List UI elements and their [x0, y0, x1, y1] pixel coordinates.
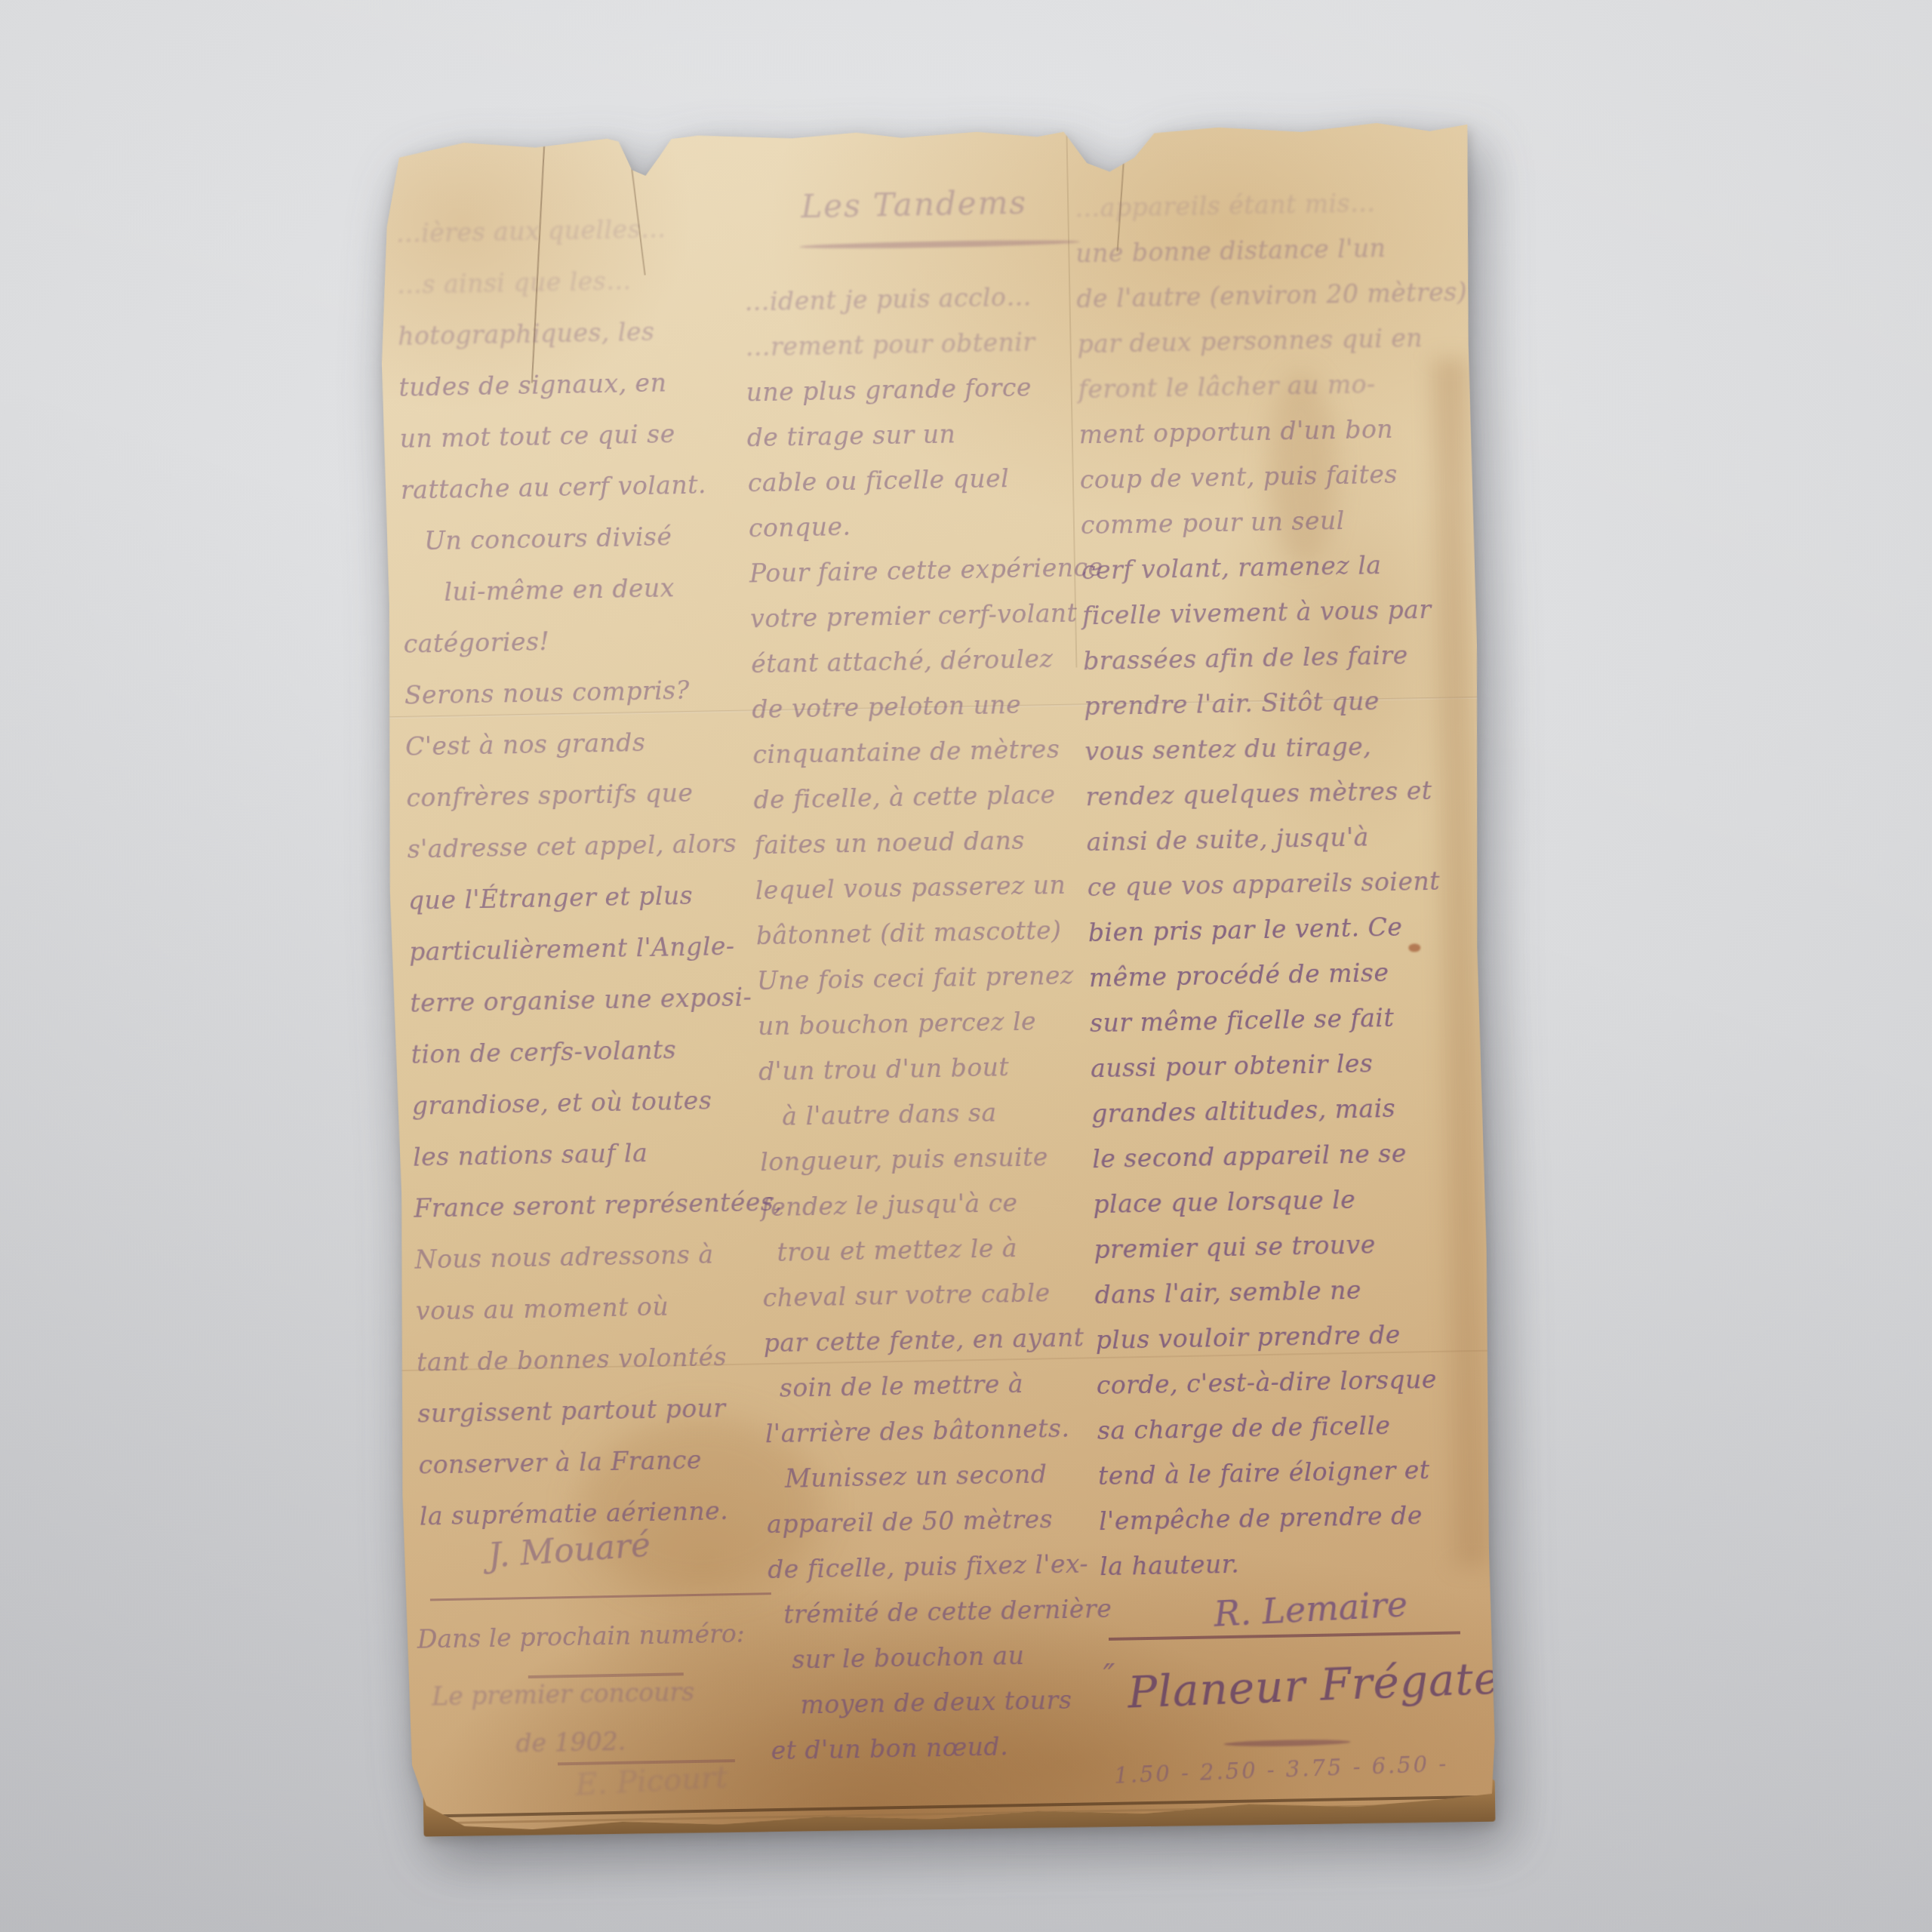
text-line: particulièrement l'Angle- [409, 921, 751, 978]
text-line: lui-même en deux [402, 561, 744, 619]
text-line: Munissez un second [766, 1451, 1108, 1502]
text-line: Une fois ceci fait prenez [756, 952, 1098, 1004]
divider-left [430, 1592, 771, 1601]
text-line: Le premier concours [432, 1668, 695, 1721]
text-line: une plus grande force [746, 364, 1088, 415]
text-line: premier qui se trouve [1094, 1220, 1484, 1272]
title-underline [799, 238, 1080, 250]
text-line: plus vouloir prendre de [1095, 1311, 1485, 1363]
text-line: faites un noeud dans [754, 817, 1096, 868]
text-line: surgissent partout pour [417, 1382, 759, 1439]
text-line: ficelle vivement à vous par [1082, 586, 1472, 638]
text-line: comme pour un seul [1080, 496, 1470, 548]
text-line: rendez quelques mètres et [1085, 768, 1475, 820]
product-quote-mark: ″ [1103, 1657, 1115, 1694]
divider-right [1109, 1631, 1460, 1641]
text-line: ment opportun d'un bon [1078, 405, 1469, 457]
text-line: Serons nous compris? [404, 664, 746, 721]
text-line: les nations sauf la [413, 1125, 755, 1183]
text-line: cheval sur votre cable [762, 1269, 1104, 1321]
letter-photo: Les Tandems …ières aux quelles……s ainsi … [373, 117, 1498, 1844]
text-line: l'empêche de prendre de [1099, 1492, 1489, 1544]
letter-title: Les Tandems [744, 183, 1084, 226]
text-line: corde, c'est-à-dire lorsque [1096, 1356, 1486, 1408]
letter-page: Les Tandems …ières aux quelles……s ainsi … [373, 117, 1498, 1844]
text-line: le second appareil ne se [1092, 1130, 1482, 1182]
column-left: …ières aux quelles……s ainsi que les…hoto… [395, 202, 761, 1543]
text-line: cable ou ficelle quel [747, 454, 1089, 506]
text-line: trémité de cette dernière [768, 1586, 1110, 1638]
text-line: …s ainsi que les… [396, 254, 738, 311]
text-line: conserver à la France [418, 1433, 760, 1491]
text-line: que l'Étranger et plus [408, 869, 749, 927]
text-line: terre organise une exposi- [410, 971, 752, 1029]
next-issue-heading: Dans le prochain numéro: [417, 1619, 746, 1654]
column-middle: …ident je puis acclo……rement pour obteni… [744, 273, 1112, 1774]
text-line: même procédé de mise [1088, 949, 1478, 1001]
text-line: de l'autre (environ 20 mètres) [1076, 269, 1466, 321]
text-line: ainsi de suite, jusqu'à [1086, 813, 1476, 865]
text-line: la hauteur. [1100, 1537, 1490, 1589]
text-line: tend à le faire éloigner et [1098, 1447, 1488, 1499]
product-prices: 1.50 - 2.50 - 3.75 - 6.50 - [1114, 1751, 1449, 1789]
text-line: à l'autre dans sa [759, 1088, 1101, 1140]
text-line: conque. [748, 500, 1090, 551]
text-line: confrères sportifs que [406, 767, 748, 824]
text-line: fendez le jusqu'à ce [761, 1179, 1103, 1230]
text-line: une bonne distance l'un [1075, 224, 1466, 276]
text-line: C'est à nos grands [405, 715, 747, 773]
text-line: appareil de 50 mètres [767, 1496, 1109, 1547]
text-line: un mot tout ce qui se [399, 408, 741, 465]
text-line: bâtonnet (dit mascotte) [755, 907, 1097, 958]
text-line: …ières aux quelles… [395, 202, 737, 260]
text-line: moyen de deux tours [770, 1677, 1112, 1728]
text-line: un bouchon percez le [758, 998, 1100, 1049]
text-line: étant attaché, déroulez [751, 635, 1093, 687]
text-line: Pour faire cette expérience [749, 545, 1091, 596]
column-right: …appareils étant mis…une bonne distance … [1075, 179, 1490, 1589]
text-line: France seront représentées, [414, 1177, 755, 1234]
text-line: prendre l'air. Sitôt que [1084, 677, 1474, 729]
text-line: brassées afin de les faire [1083, 632, 1473, 684]
text-line: Un concours divisé [401, 510, 743, 568]
text-line: soin de le mettre à [764, 1360, 1106, 1411]
text-line: d'un trou d'un bout [758, 1043, 1100, 1094]
text-line: coup de vent, puis faites [1079, 451, 1469, 503]
text-line: tion de cerfs-volants [411, 1023, 752, 1080]
next-issue-lines: Le premier concoursde 1902. [432, 1668, 696, 1769]
signature-right: R. Lemaire [1213, 1583, 1408, 1635]
text-line: de ficelle, puis fixez l'ex- [768, 1541, 1109, 1592]
text-line: aussi pour obtenir les [1091, 1039, 1481, 1091]
text-line: sur même ficelle se fait [1090, 994, 1480, 1046]
text-line: bien pris par le vent. Ce [1088, 903, 1478, 955]
text-line: feront le lâcher au mo- [1078, 360, 1468, 412]
text-line: ce que vos appareils soient [1087, 858, 1477, 910]
text-line: tant de bonnes volontés [417, 1331, 758, 1388]
faded-signature-note: E. Picourt [574, 1760, 728, 1803]
text-line: catégories! [403, 613, 745, 670]
text-line: lequel vous passerez un [755, 862, 1097, 913]
text-line: par cette fente, en ayant [763, 1315, 1105, 1366]
text-line: l'arrière des bâtonnets. [764, 1405, 1106, 1457]
text-line: sa charge de de ficelle [1097, 1401, 1487, 1454]
text-line: …ident je puis acclo… [744, 273, 1086, 325]
text-line: par deux personnes qui en [1077, 315, 1467, 367]
text-line: de tirage sur un [746, 409, 1088, 460]
photo-canvas: { "photo": { "title": "Les Tandems", "le… [0, 0, 1932, 1932]
product-name: Planeur Frégate [1127, 1652, 1501, 1718]
text-line: cinquantaine de mètres [752, 726, 1094, 777]
text-line: votre premier cerf-volant [750, 590, 1092, 641]
text-line: longueur, puis ensuite [760, 1134, 1102, 1185]
text-line: rattache au cerf volant. [400, 459, 742, 516]
text-line: grandiose, et où toutes [411, 1074, 753, 1131]
text-line: tudes de signaux, en [398, 356, 740, 414]
product-underline [1224, 1739, 1351, 1747]
text-line: hotographiques, les [398, 305, 740, 362]
text-line: cerf volant, ramenez la [1081, 541, 1472, 593]
text-line: s'adresse cet appel, alors [407, 818, 749, 875]
text-line: place que lorsque le [1093, 1175, 1483, 1227]
text-line: vous au moment où [415, 1279, 757, 1337]
text-line: sur le bouchon au [769, 1632, 1111, 1683]
text-line: trou et mettez le à [761, 1224, 1103, 1275]
text-line: vous sentez du tirage, [1084, 722, 1475, 774]
text-line: grandes altitudes, mais [1091, 1084, 1481, 1137]
text-line: …appareils étant mis… [1075, 179, 1465, 231]
text-line: de votre peloton une [752, 681, 1094, 732]
text-line: …rement pour obtenir [745, 318, 1087, 370]
text-line: et d'un bon nœud. [771, 1722, 1112, 1774]
text-line: Nous nous adressons à [414, 1228, 756, 1285]
text-line: de ficelle, à cette place [753, 771, 1095, 823]
text-line: dans l'air, semble ne [1094, 1266, 1484, 1318]
